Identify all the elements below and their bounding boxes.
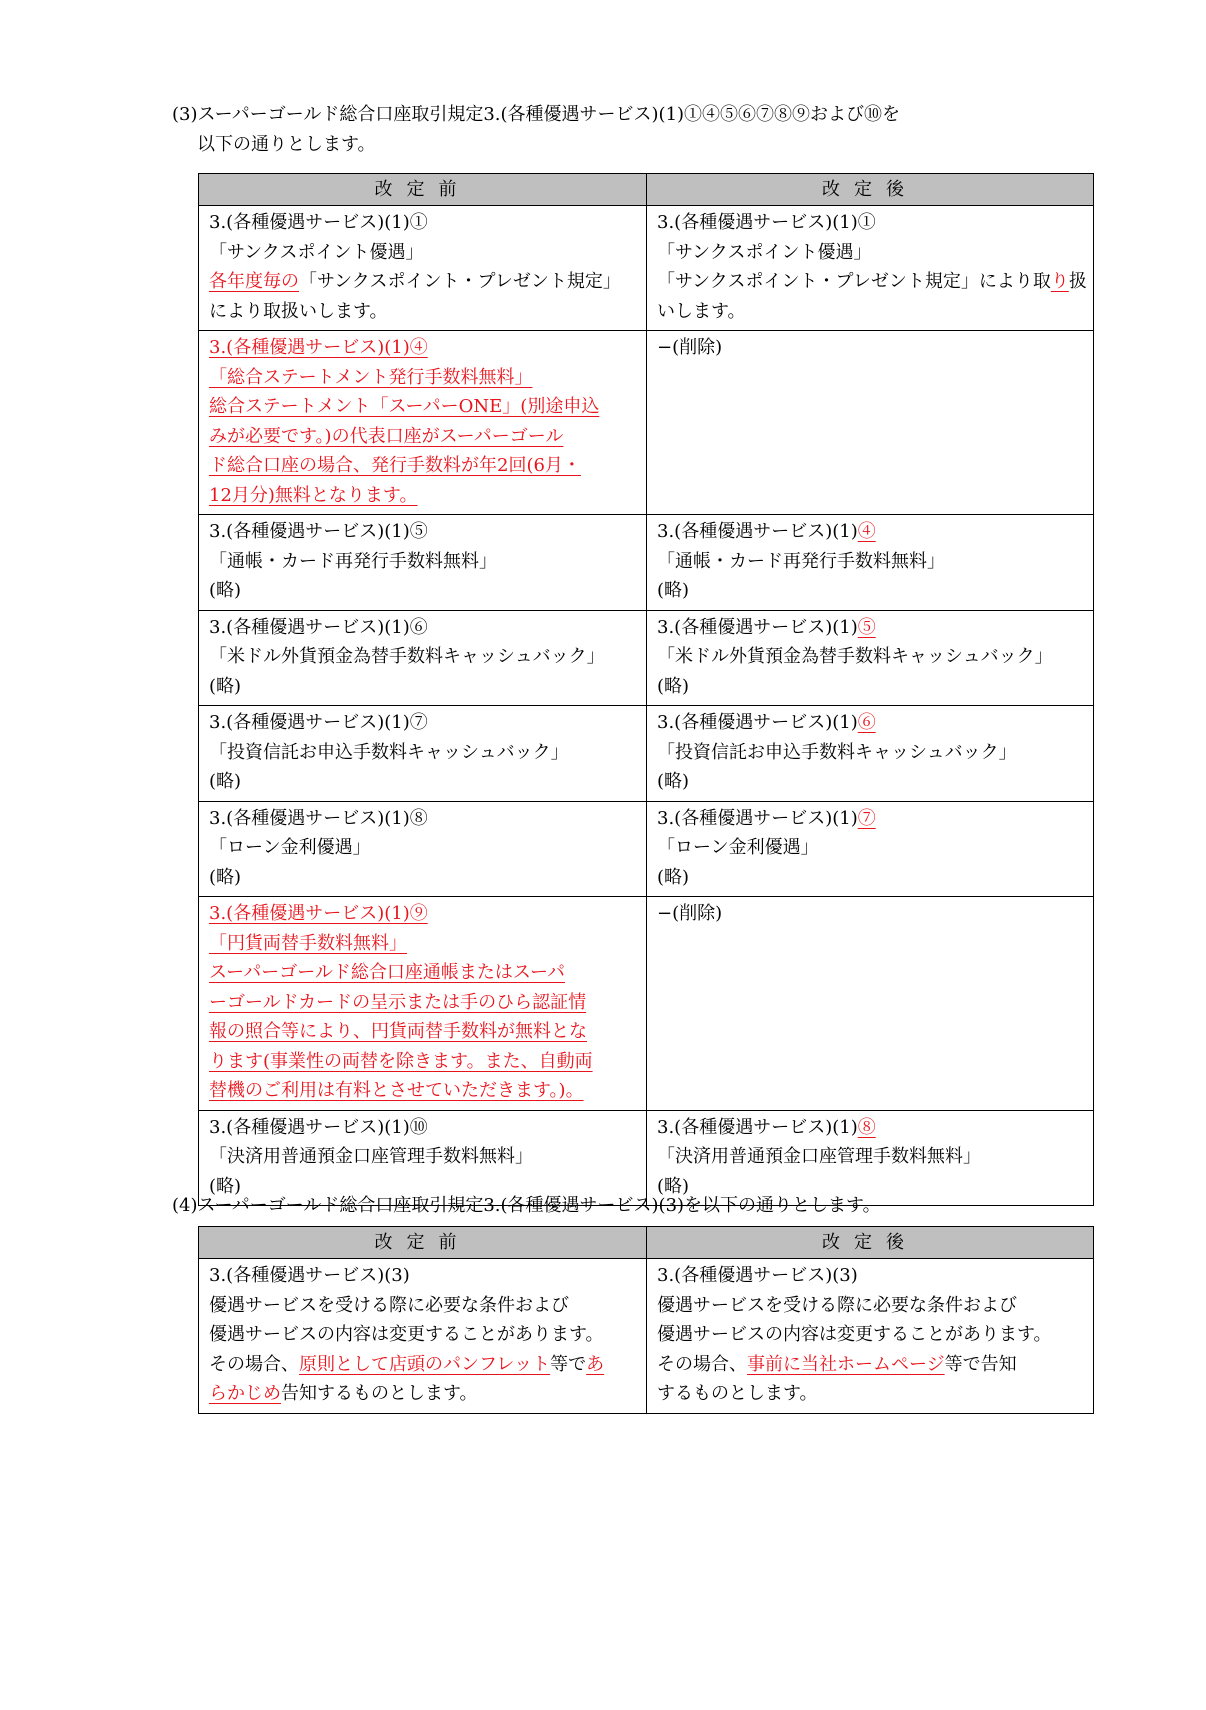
section-3-heading-line2: 以下の通りとします。 — [172, 130, 900, 160]
cell-text: 優遇サービスを受ける際に必要な条件および — [657, 1291, 1083, 1321]
table-header-row: 改定前 改定後 — [199, 1227, 1094, 1259]
cell-text: (略) — [209, 863, 636, 893]
changed-text: 事前に当社ホームページ — [747, 1354, 945, 1375]
deleted-text: スーパーゴールド総合口座通帳またはスーパ — [209, 958, 636, 988]
cell-after: −(削除) — [647, 331, 1094, 515]
cell-text: 「米ドル外貨預金為替手数料キャッシュバック」 — [657, 642, 1083, 672]
cell-text: 3.(各種優遇サービス)(1)⑤ — [209, 517, 636, 547]
cell-text: 「サンクスポイント優遇」 — [209, 238, 636, 268]
header-before: 改定前 — [199, 174, 647, 206]
cell-text: により取扱いします。 — [209, 297, 636, 327]
deleted-text: 3.(各種優遇サービス)(1)④ — [209, 333, 636, 363]
cell-text: 3.(各種優遇サービス)(3) — [209, 1261, 636, 1291]
table-row: 3.(各種優遇サービス)(1)⑤ 「通帳・カード再発行手数料無料」 (略) 3.… — [199, 515, 1094, 611]
cell-text: 「米ドル外貨預金為替手数料キャッシュバック」 — [209, 642, 636, 672]
cell-text: (略) — [209, 576, 636, 606]
cell-text: 3.(各種優遇サービス)(1) — [657, 521, 858, 542]
document-page: (3)スーパーゴールド総合口座取引規定3.(各種優遇サービス)(1)①④⑤⑥⑦⑧… — [0, 0, 1206, 1710]
deleted-text: 総合ステートメント「スーパーONE」(別途申込 — [209, 392, 636, 422]
cell-after: 3.(各種優遇サービス)(1)⑤ 「米ドル外貨預金為替手数料キャッシュバック」 … — [647, 610, 1094, 706]
cell-text: 「サンクスポイント・プレゼント規定」 — [299, 271, 621, 292]
header-before: 改定前 — [199, 1227, 647, 1259]
cell-text: 3.(各種優遇サービス)(1)⑥ — [209, 613, 636, 643]
cell-before: 3.(各種優遇サービス)(1)⑧ 「ローン金利優遇」 (略) — [199, 801, 647, 897]
cell-text: 3.(各種優遇サービス)(1)⑧ — [209, 804, 636, 834]
cell-text: 3.(各種優遇サービス)(1) — [657, 1117, 858, 1138]
table-row: 3.(各種優遇サービス)(1)⑨ 「円貨両替手数料無料」 スーパーゴールド総合口… — [199, 897, 1094, 1111]
cell-after: 3.(各種優遇サービス)(1)④ 「通帳・カード再発行手数料無料」 (略) — [647, 515, 1094, 611]
cell-text: 「決済用普通預金口座管理手数料無料」 — [209, 1142, 636, 1172]
cell-text: 優遇サービスの内容は変更することがあります。 — [657, 1320, 1083, 1350]
cell-before-deleted: 3.(各種優遇サービス)(1)⑨ 「円貨両替手数料無料」 スーパーゴールド総合口… — [199, 897, 647, 1111]
cell-text: 告知するものとします。 — [281, 1383, 478, 1404]
cell-text: 3.(各種優遇サービス)(1)① — [657, 208, 1083, 238]
cell-text: 優遇サービスの内容は変更することがあります。 — [209, 1320, 636, 1350]
cell-text: 等で告知 — [945, 1354, 1017, 1375]
cell-text: 優遇サービスを受ける際に必要な条件および — [209, 1291, 636, 1321]
cell-after: −(削除) — [647, 897, 1094, 1111]
table-row: 3.(各種優遇サービス)(1)④ 「総合ステートメント発行手数料無料」 総合ステ… — [199, 331, 1094, 515]
cell-after: 3.(各種優遇サービス)(1)① 「サンクスポイント優遇」 「サンクスポイント・… — [647, 206, 1094, 331]
cell-text: 「通帳・カード再発行手数料無料」 — [209, 547, 636, 577]
cell-text: その場合、 — [209, 1354, 299, 1375]
cell-text: (略) — [657, 863, 1083, 893]
cell-text: 3.(各種優遇サービス)(3) — [657, 1261, 1083, 1291]
renumbered-item: ④ — [858, 521, 876, 542]
table-row: 3.(各種優遇サービス)(1)⑧ 「ローン金利優遇」 (略) 3.(各種優遇サー… — [199, 801, 1094, 897]
cell-text: 等で — [550, 1354, 586, 1375]
changed-text: 原則として店頭のパンフレット — [299, 1354, 550, 1375]
cell-before: 3.(各種優遇サービス)(1)⑦ 「投資信託お申込手数料キャッシュバック」 (略… — [199, 706, 647, 802]
renumbered-item: ⑧ — [858, 1117, 876, 1138]
cell-before: 3.(各種優遇サービス)(3) 優遇サービスを受ける際に必要な条件および 優遇サ… — [199, 1259, 647, 1414]
cell-text: その場合、 — [657, 1354, 747, 1375]
cell-text: 「決済用普通預金口座管理手数料無料」 — [657, 1142, 1083, 1172]
cell-after: 3.(各種優遇サービス)(1)⑥ 「投資信託お申込手数料キャッシュバック」 (略… — [647, 706, 1094, 802]
changed-text: 各年度毎の — [209, 271, 299, 292]
changed-text: らかじめ — [209, 1383, 281, 1404]
cell-text: 3.(各種優遇サービス)(1) — [657, 808, 858, 829]
revision-table-section-4: 改定前 改定後 3.(各種優遇サービス)(3) 優遇サービスを受ける際に必要な条… — [198, 1226, 1094, 1414]
changed-text: り — [1051, 271, 1069, 292]
cell-text: (略) — [657, 672, 1083, 702]
deleted-text: ーゴールドカードの呈示または手のひら認証情 — [209, 988, 636, 1018]
cell-text: するものとします。 — [657, 1379, 1083, 1409]
cell-before-deleted: 3.(各種優遇サービス)(1)④ 「総合ステートメント発行手数料無料」 総合ステ… — [199, 331, 647, 515]
deleted-text: みが必要です。)の代表口座がスーパーゴール — [209, 422, 636, 452]
table-header-row: 改定前 改定後 — [199, 174, 1094, 206]
deleted-text: 3.(各種優遇サービス)(1)⑨ — [209, 899, 636, 929]
header-after: 改定後 — [647, 174, 1094, 206]
table-row: 3.(各種優遇サービス)(3) 優遇サービスを受ける際に必要な条件および 優遇サ… — [199, 1259, 1094, 1414]
cell-text: (略) — [657, 576, 1083, 606]
cell-text: 「サンクスポイント・プレゼント規定」により取 — [657, 271, 1051, 292]
cell-text: 扱 — [1069, 271, 1087, 292]
cell-text: 「サンクスポイント優遇」 — [657, 238, 1083, 268]
renumbered-item: ⑤ — [858, 617, 876, 638]
cell-before: 3.(各種優遇サービス)(1)⑥ 「米ドル外貨預金為替手数料キャッシュバック」 … — [199, 610, 647, 706]
deleted-text: 「総合ステートメント発行手数料無料」 — [209, 363, 636, 393]
cell-text: 3.(各種優遇サービス)(1)① — [209, 208, 636, 238]
table-row: 3.(各種優遇サービス)(1)⑥ 「米ドル外貨預金為替手数料キャッシュバック」 … — [199, 610, 1094, 706]
deleted-text: 「円貨両替手数料無料」 — [209, 929, 636, 959]
cell-text: 「通帳・カード再発行手数料無料」 — [657, 547, 1083, 577]
cell-text: 「ローン金利優遇」 — [209, 833, 636, 863]
cell-text: (略) — [209, 672, 636, 702]
deleted-text: 12月分)無料となります。 — [209, 481, 636, 511]
cell-after: 3.(各種優遇サービス)(3) 優遇サービスを受ける際に必要な条件および 優遇サ… — [647, 1259, 1094, 1414]
revision-table-section-3: 改定前 改定後 3.(各種優遇サービス)(1)① 「サンクスポイント優遇」 各年… — [198, 173, 1094, 1206]
deleted-text: 替機のご利用は有料とさせていただきます。)。 — [209, 1076, 636, 1106]
section-4-heading: (4)スーパーゴールド総合口座取引規定3.(各種優遇サービス)(3)を以下の通り… — [172, 1191, 881, 1221]
deleted-text: ります(事業性の両替を除きます。また、自動両 — [209, 1047, 636, 1077]
deleted-marker: −(削除) — [657, 333, 1083, 363]
cell-text: いします。 — [657, 297, 1083, 327]
deleted-text: ド総合口座の場合、発行手数料が年2回(6月・ — [209, 451, 636, 481]
changed-text: あ — [586, 1354, 604, 1375]
cell-text: 3.(各種優遇サービス)(1)⑩ — [209, 1113, 636, 1143]
header-after: 改定後 — [647, 1227, 1094, 1259]
cell-text: (略) — [209, 767, 636, 797]
deleted-text: 報の照合等により、円貨両替手数料が無料とな — [209, 1017, 636, 1047]
table-row: 3.(各種優遇サービス)(1)① 「サンクスポイント優遇」 各年度毎の「サンクス… — [199, 206, 1094, 331]
cell-before: 3.(各種優遇サービス)(1)① 「サンクスポイント優遇」 各年度毎の「サンクス… — [199, 206, 647, 331]
cell-text: 3.(各種優遇サービス)(1)⑦ — [209, 708, 636, 738]
cell-text: 3.(各種優遇サービス)(1) — [657, 712, 858, 733]
cell-text: 3.(各種優遇サービス)(1) — [657, 617, 858, 638]
table-row: 3.(各種優遇サービス)(1)⑦ 「投資信託お申込手数料キャッシュバック」 (略… — [199, 706, 1094, 802]
cell-text: 「ローン金利優遇」 — [657, 833, 1083, 863]
cell-text: (略) — [657, 767, 1083, 797]
renumbered-item: ⑥ — [858, 712, 876, 733]
cell-text: 「投資信託お申込手数料キャッシュバック」 — [209, 738, 636, 768]
section-3-heading-line1: (3)スーパーゴールド総合口座取引規定3.(各種優遇サービス)(1)①④⑤⑥⑦⑧… — [172, 100, 900, 130]
cell-text: 「投資信託お申込手数料キャッシュバック」 — [657, 738, 1083, 768]
renumbered-item: ⑦ — [858, 808, 876, 829]
cell-before: 3.(各種優遇サービス)(1)⑤ 「通帳・カード再発行手数料無料」 (略) — [199, 515, 647, 611]
section-3-heading: (3)スーパーゴールド総合口座取引規定3.(各種優遇サービス)(1)①④⑤⑥⑦⑧… — [172, 100, 900, 160]
deleted-marker: −(削除) — [657, 899, 1083, 929]
cell-after: 3.(各種優遇サービス)(1)⑦ 「ローン金利優遇」 (略) — [647, 801, 1094, 897]
